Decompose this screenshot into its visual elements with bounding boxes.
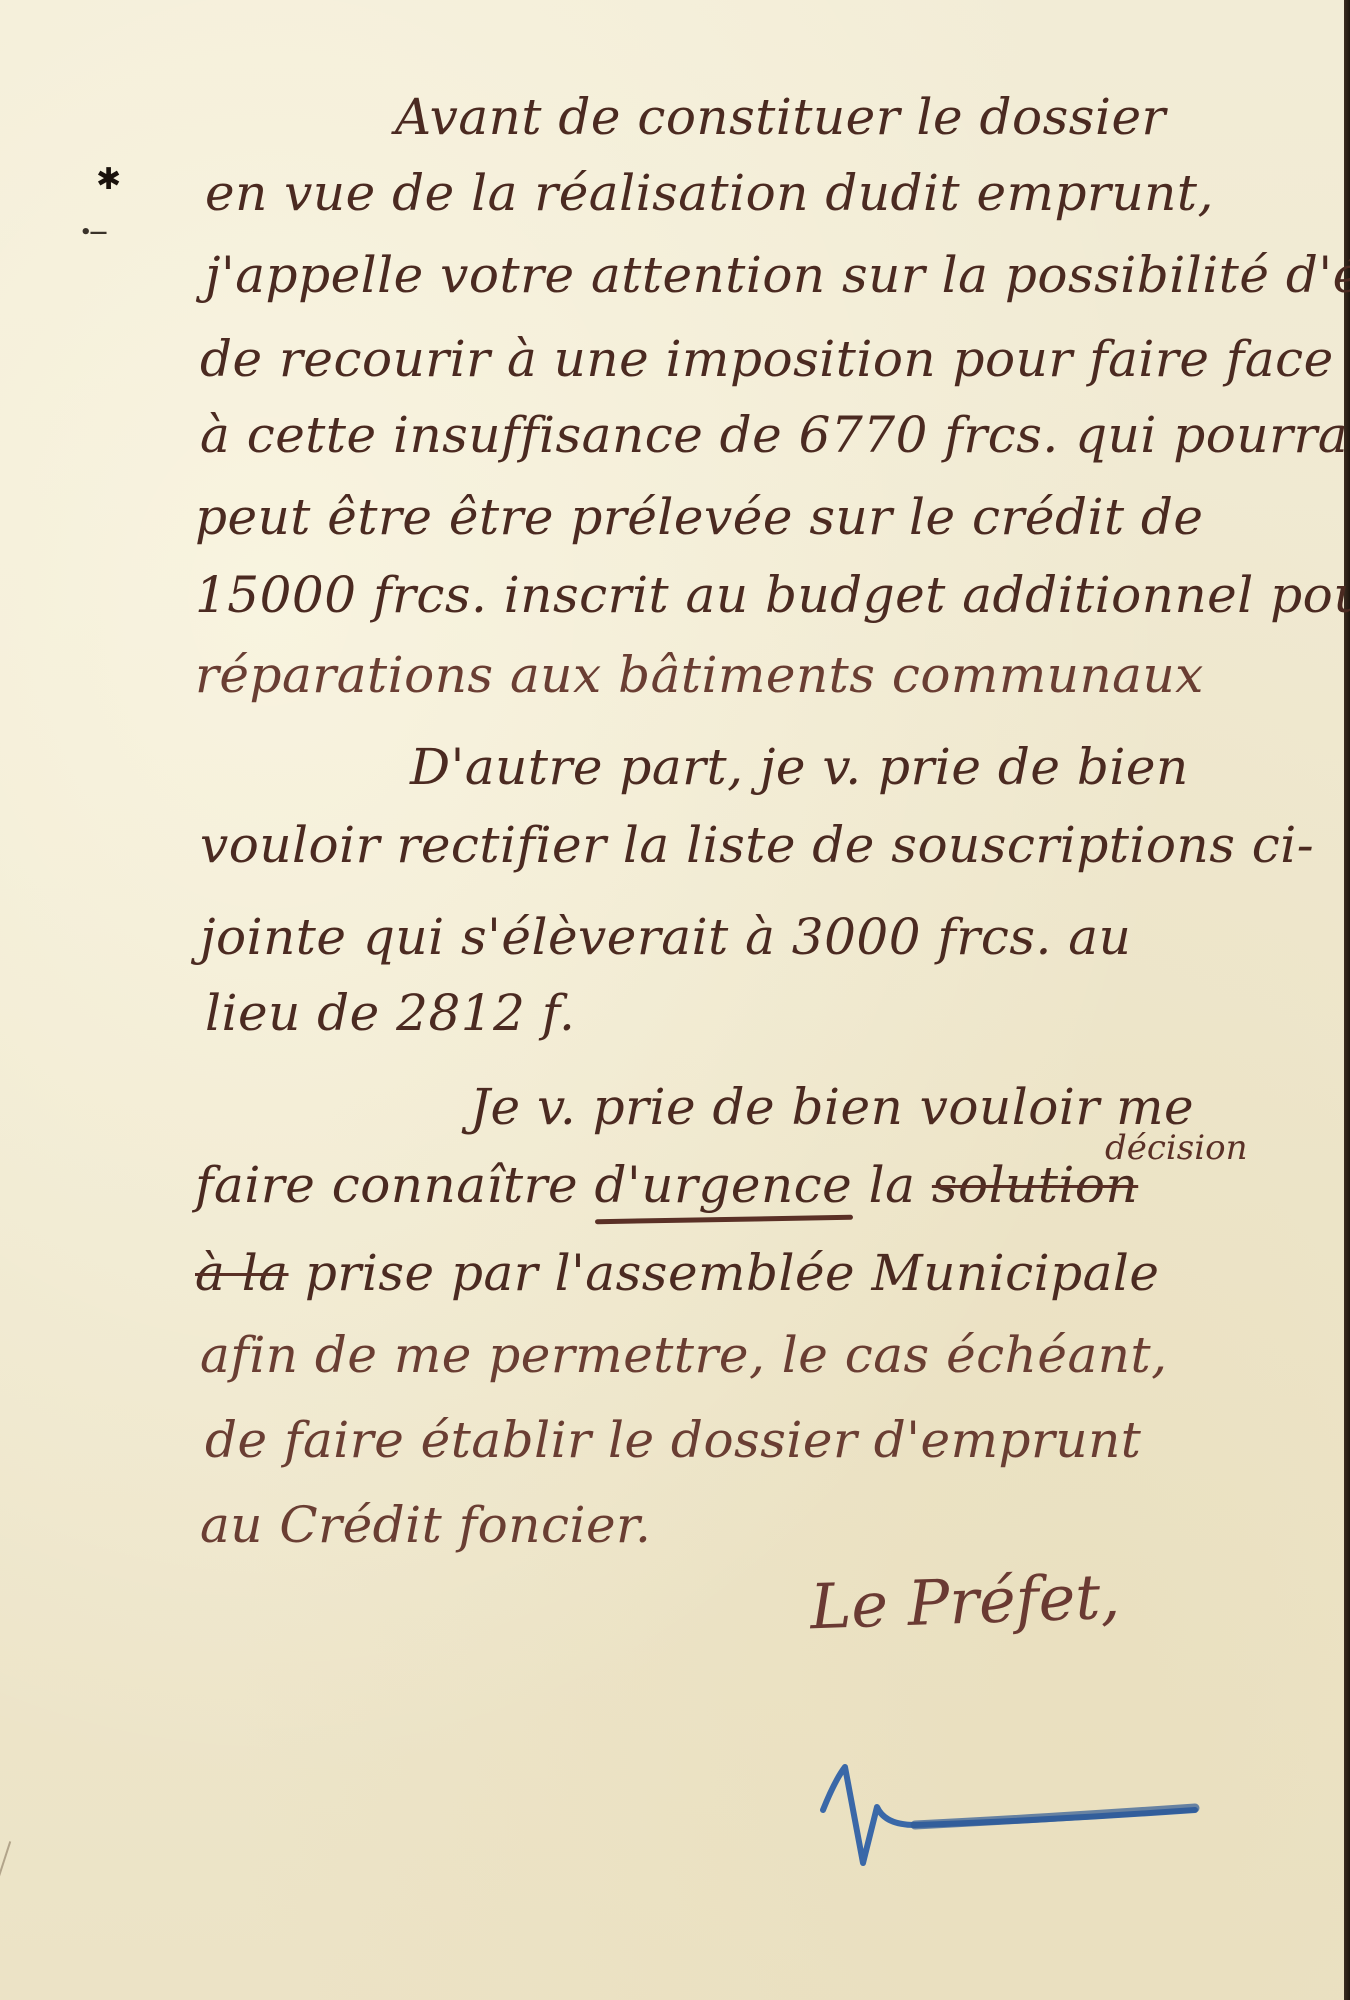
letter-line: de recourir à une imposition pour faire … (200, 334, 1334, 384)
letter-line: peut être être prélevée sur le crédit de (195, 492, 1204, 542)
interlinear-insertion: décision (1105, 1128, 1248, 1168)
letter-line: vouloir rectifier la liste de souscripti… (200, 820, 1314, 870)
letter-line: 15000 frcs. inscrit au budget additionne… (195, 570, 1350, 620)
letter-line: au Crédit foncier. (200, 1500, 651, 1550)
letter-line: jointe qui s'élèverait à 3000 frcs. au (200, 912, 1131, 962)
letter-line: j'appelle votre attention sur la possibi… (205, 250, 1350, 300)
letter-line: afin de me permettre, le cas échéant, (200, 1330, 1167, 1380)
letter-line: Je v. prie de bien vouloir me (470, 1082, 1194, 1132)
struck-word: à la (195, 1244, 289, 1302)
letter-line: à cette insuffisance de 6770 frcs. qui p… (200, 410, 1350, 460)
paper-crease-mark (0, 1841, 11, 1899)
blue-pencil-flourish-icon (815, 1755, 1235, 1875)
letter-line: D'autre part, je v. prie de bien (410, 742, 1189, 792)
letter-line: en vue de la réalisation dudit emprunt, (205, 168, 1214, 218)
text-segment: prise par l'assemblée Municipale (305, 1244, 1160, 1302)
letter-line: Avant de constituer le dossier (395, 92, 1166, 142)
margin-dot-mark: •— (80, 222, 106, 243)
closing-signature-text: Le Préfet, (809, 1560, 1121, 1644)
text-segment: faire connaître (195, 1156, 578, 1214)
letter-page: ✱ •— Avant de constituer le dossier en v… (0, 0, 1350, 2000)
letter-line: réparations aux bâtiments communaux (195, 650, 1204, 700)
letter-line: de faire établir le dossier d'emprunt (205, 1415, 1141, 1465)
letter-line: lieu de 2812 f. (205, 988, 575, 1038)
letter-line-with-edits: faire connaître d'urgence la solution (195, 1160, 1138, 1210)
letter-line-with-edits: à la prise par l'assemblée Municipale (195, 1248, 1160, 1298)
text-segment: la (869, 1156, 916, 1214)
margin-asterisk-mark: ✱ (96, 162, 121, 197)
underlined-word: d'urgence (595, 1160, 853, 1210)
